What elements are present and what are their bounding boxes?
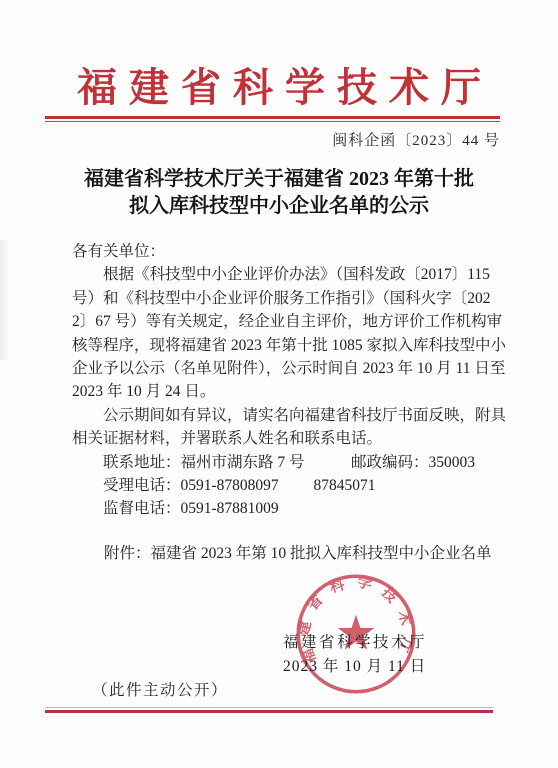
- body-line: 受理电话：0591-87808097 87845071: [72, 474, 524, 497]
- document-title: 福建省科学技术厅关于福建省 2023 年第十批 拟入库科技型中小企业名单的公示: [30, 166, 528, 220]
- document-number: 闽科企函〔2023〕44 号: [45, 129, 500, 150]
- document-title-line1: 福建省科学技术厅关于福建省 2023 年第十批: [30, 166, 528, 193]
- body-line: 各有关单位：: [72, 240, 524, 263]
- letterhead-agency-name: 福建省科学技术厅: [0, 56, 558, 113]
- footer-rule: [45, 707, 493, 713]
- body-line: 号）和《科技型中小企业评价服务工作指引》（国科火字〔202: [72, 287, 524, 310]
- body-line: 2〕67 号）等有关规定，经企业自主评价，地方评价工作机构审: [72, 310, 524, 333]
- body-line: 公示期间如有异议，请实名向福建省科技厅书面反映，附具: [72, 404, 524, 427]
- document-body: 各有关单位： 根据《科技型中小企业评价办法》（国科发政〔2017〕115 号）和…: [72, 240, 524, 521]
- proactive-disclosure-note: （此件主动公开）: [92, 678, 228, 700]
- body-line: 监督电话：0591-87881009: [72, 497, 524, 520]
- body-line: 核等程序，现将福建省 2023 年第十批 1085 家拟入库科技型中小: [72, 334, 524, 357]
- body-line: 2023 年 10 月 24 日。: [72, 380, 524, 403]
- footer-rule-thick: [45, 710, 493, 713]
- signature-agency: 福建省科学技术厅: [283, 630, 427, 652]
- scan-smudge: [0, 240, 10, 360]
- body-line: 相关证据材料，并署联系人姓名和联系电话。: [72, 427, 524, 450]
- document-title-line2: 拟入库科技型中小企业名单的公示: [30, 193, 528, 220]
- body-line: 根据《科技型中小企业评价办法》（国科发政〔2017〕115: [72, 263, 524, 286]
- body-line: 企业予以公示（名单见附件），公示时间自 2023 年 10 月 11 日至: [72, 357, 524, 380]
- document-page: 福建省科学技术厅 闽科企函〔2023〕44 号 福建省科学技术厅关于福建省 20…: [0, 0, 558, 768]
- letterhead-rule: [45, 116, 500, 122]
- letterhead-rule-thin: [45, 121, 500, 122]
- signature-date: 2023 年 10 月 11 日: [283, 654, 426, 676]
- body-line: 联系地址：福州市湖东路 7 号 邮政编码：350003: [72, 451, 524, 474]
